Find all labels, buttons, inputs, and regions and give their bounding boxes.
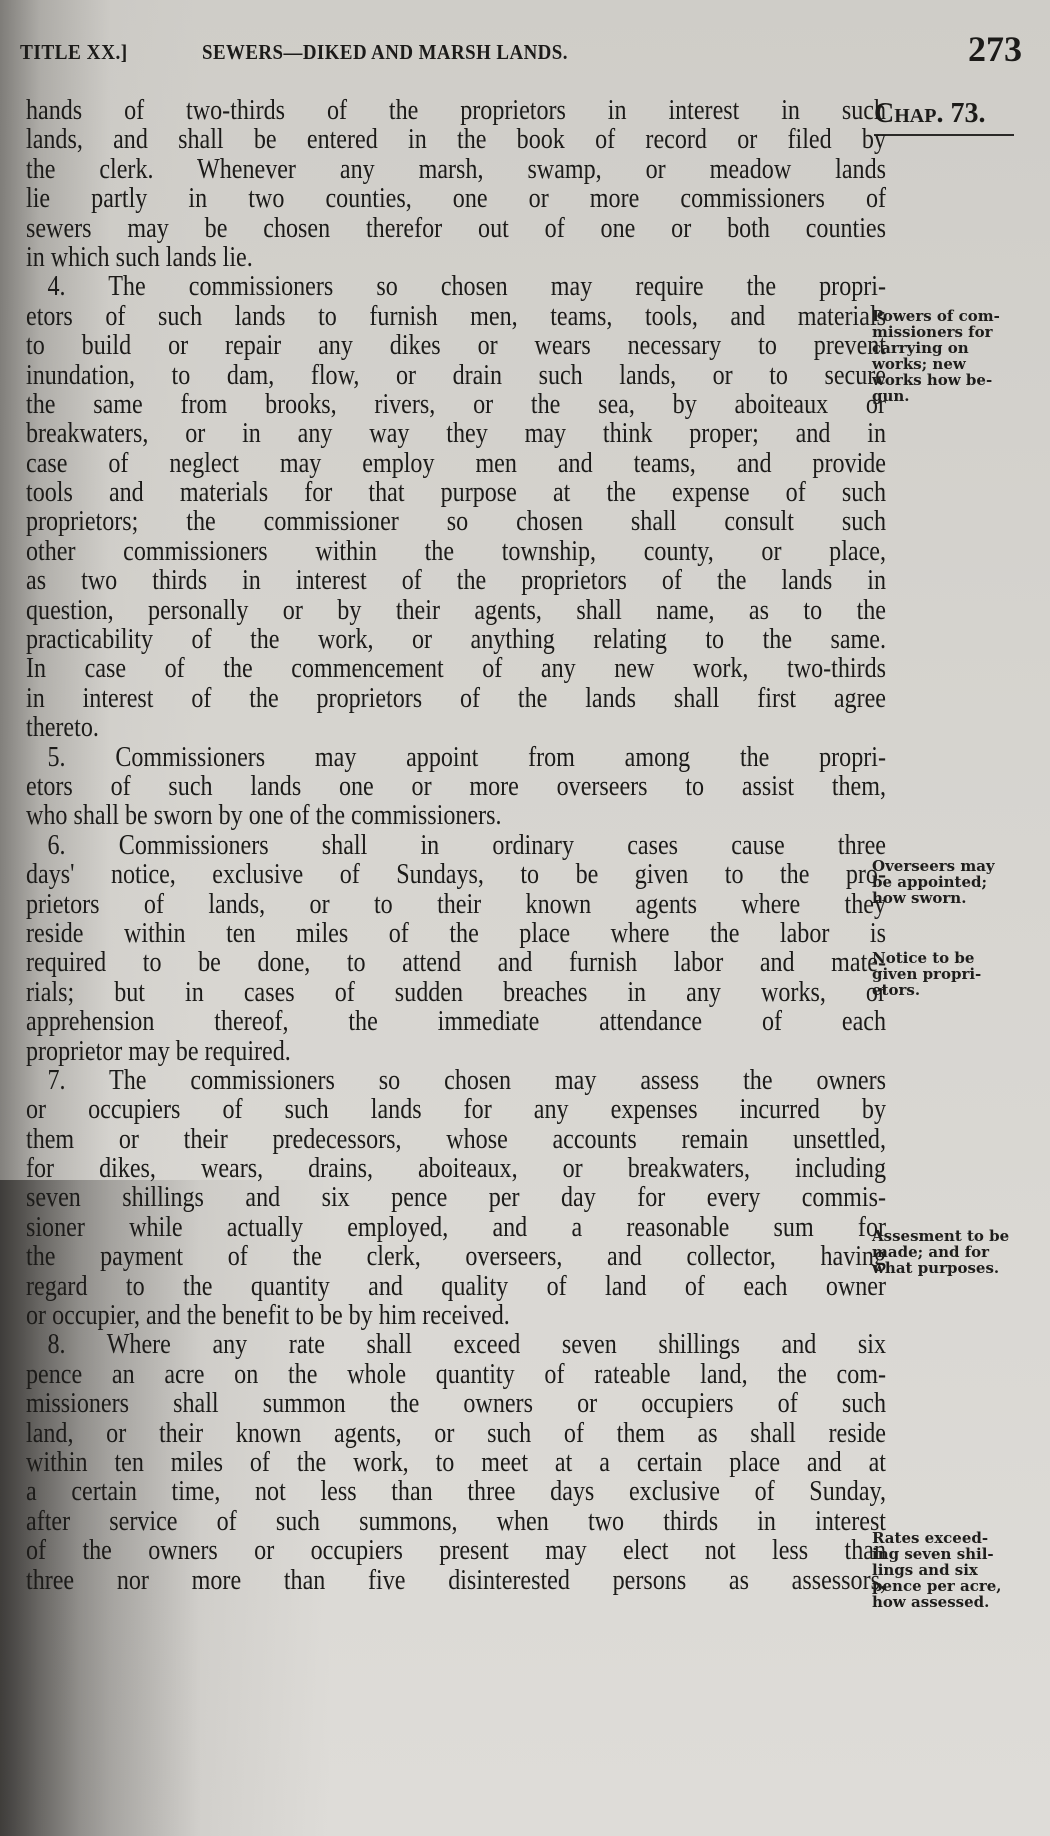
- text-line: as two thirds in interest of the proprie…: [26, 566, 886, 595]
- text-line: tools and materials for that purpose at …: [26, 478, 886, 507]
- margin-note-rates: Rates exceed- ing seven shil- lings and …: [872, 1530, 1042, 1610]
- text-line: proprietor may be required.: [26, 1037, 886, 1066]
- text-line: three nor more than five disinterested p…: [26, 1566, 886, 1595]
- text-line: other commissioners within the township,…: [26, 537, 886, 566]
- section-5-start: 5. Commissioners may appoint from among …: [26, 743, 886, 772]
- text-line: or occupiers of such lands for any expen…: [26, 1095, 886, 1124]
- text-line: within ten miles of the work, to meet at…: [26, 1448, 886, 1477]
- text-line: who shall be sworn by one of the commiss…: [26, 801, 886, 830]
- margin-note-line: how sworn.: [872, 890, 1042, 906]
- margin-note-overseers: Overseers may be appointed; how sworn.: [872, 858, 1042, 906]
- page-number: 273: [968, 28, 1022, 70]
- text-line: etors of such lands one or more overseer…: [26, 772, 886, 801]
- section-8-start: 8. Where any rate shall exceed seven shi…: [26, 1330, 886, 1359]
- section-7-start: 7. The commissioners so chosen may asses…: [26, 1066, 886, 1095]
- page-header: TITLE XX.] SEWERS—DIKED AND MARSH LANDS.…: [0, 28, 1050, 78]
- text-line: seven shillings and six pence per day fo…: [26, 1183, 886, 1212]
- text-line: reside within ten miles of the place whe…: [26, 919, 886, 948]
- text-line: In case of the commencement of any new w…: [26, 654, 886, 683]
- margin-note-line: given propri-: [872, 966, 1042, 982]
- text-line: days' notice, exclusive of Sundays, to b…: [26, 860, 886, 889]
- margin-note-line: what purposes.: [872, 1260, 1042, 1276]
- text-line: a certain time, not less than three days…: [26, 1477, 886, 1506]
- text-line: lie partly in two counties, one or more …: [26, 184, 886, 213]
- text-line: pence an acre on the whole quantity of r…: [26, 1360, 886, 1389]
- margin-note-line: carrying on: [872, 340, 1042, 356]
- margin-note-powers: Powers of com- missioners for carrying o…: [872, 308, 1042, 404]
- text-line: the payment of the clerk, overseers, and…: [26, 1242, 886, 1271]
- text-line: hands of two-thirds of the proprietors i…: [26, 96, 886, 125]
- text-line: thereto.: [26, 713, 886, 742]
- margin-note-notice: Notice to be given propri- etors.: [872, 950, 1042, 998]
- text-line: question, personally or by their agents,…: [26, 596, 886, 625]
- text-line: apprehension thereof, the immediate atte…: [26, 1007, 886, 1036]
- margin-note-assessment: Assesment to be made; and for what purpo…: [872, 1228, 1042, 1276]
- text-line: regard to the quantity and quality of la…: [26, 1272, 886, 1301]
- text-line: after service of such summons, when two …: [26, 1507, 886, 1536]
- section-4-start: 4. The commissioners so chosen may requi…: [26, 272, 886, 301]
- text-line: rials; but in cases of sudden breaches i…: [26, 978, 886, 1007]
- text-line: them or their predecessors, whose accoun…: [26, 1125, 886, 1154]
- text-line: required to be done, to attend and furni…: [26, 948, 886, 977]
- text-line: proprietors; the commissioner so chosen …: [26, 507, 886, 536]
- margin-note-line: Powers of com-: [872, 308, 1042, 324]
- text-line: of the owners or occupiers present may e…: [26, 1536, 886, 1565]
- margin-note-line: gun.: [872, 388, 1042, 404]
- margin-note-line: Overseers may: [872, 858, 1042, 874]
- text-line: the clerk. Whenever any marsh, swamp, or…: [26, 155, 886, 184]
- body-text: hands of two-thirds of the proprietors i…: [26, 96, 866, 1595]
- text-line: etors of such lands to furnish men, team…: [26, 302, 886, 331]
- margin-note-line: works; new: [872, 356, 1042, 372]
- margin-note-line: works how be-: [872, 372, 1042, 388]
- margin-note-line: be appointed;: [872, 874, 1042, 890]
- text-line: practicability of the work, or anything …: [26, 625, 886, 654]
- text-line: in interest of the proprietors of the la…: [26, 684, 886, 713]
- text-line: sewers may be chosen therefor out of one…: [26, 214, 886, 243]
- margin-note-line: how assessed.: [872, 1594, 1042, 1610]
- text-line: the same from brooks, rivers, or the sea…: [26, 390, 886, 419]
- margin-note-line: lings and six: [872, 1562, 1042, 1578]
- text-line: prietors of lands, or to their known age…: [26, 890, 886, 919]
- section-6-start: 6. Commissioners shall in ordinary cases…: [26, 831, 886, 860]
- text-line: lands, and shall be entered in the book …: [26, 125, 886, 154]
- margin-note-line: Notice to be: [872, 950, 1042, 966]
- margin-note-line: ing seven shil-: [872, 1546, 1042, 1562]
- title-label: TITLE XX.]: [20, 40, 128, 65]
- running-head: SEWERS—DIKED AND MARSH LANDS.: [202, 40, 568, 65]
- text-line: for dikes, wears, drains, aboiteaux, or …: [26, 1154, 886, 1183]
- text-line: case of neglect may employ men and teams…: [26, 449, 886, 478]
- text-line: sioner while actually employed, and a re…: [26, 1213, 886, 1242]
- text-line: missioners shall summon the owners or oc…: [26, 1389, 886, 1418]
- margin-note-line: pence per acre,: [872, 1578, 1042, 1594]
- text-line: in which such lands lie.: [26, 243, 886, 272]
- text-line: or occupier, and the benefit to be by hi…: [26, 1301, 886, 1330]
- text-line: to build or repair any dikes or wears ne…: [26, 331, 886, 360]
- text-line: inundation, to dam, flow, or drain such …: [26, 361, 886, 390]
- margin-note-line: Assesment to be: [872, 1228, 1042, 1244]
- margin-note-line: Rates exceed-: [872, 1530, 1042, 1546]
- margin-note-line: missioners for: [872, 324, 1042, 340]
- margin-note-line: made; and for: [872, 1244, 1042, 1260]
- text-line: land, or their known agents, or such of …: [26, 1419, 886, 1448]
- chapter-label: Chap. 73.: [874, 98, 1014, 136]
- text-line: breakwaters, or in any way they may thin…: [26, 419, 886, 448]
- margin-note-line: etors.: [872, 982, 1042, 998]
